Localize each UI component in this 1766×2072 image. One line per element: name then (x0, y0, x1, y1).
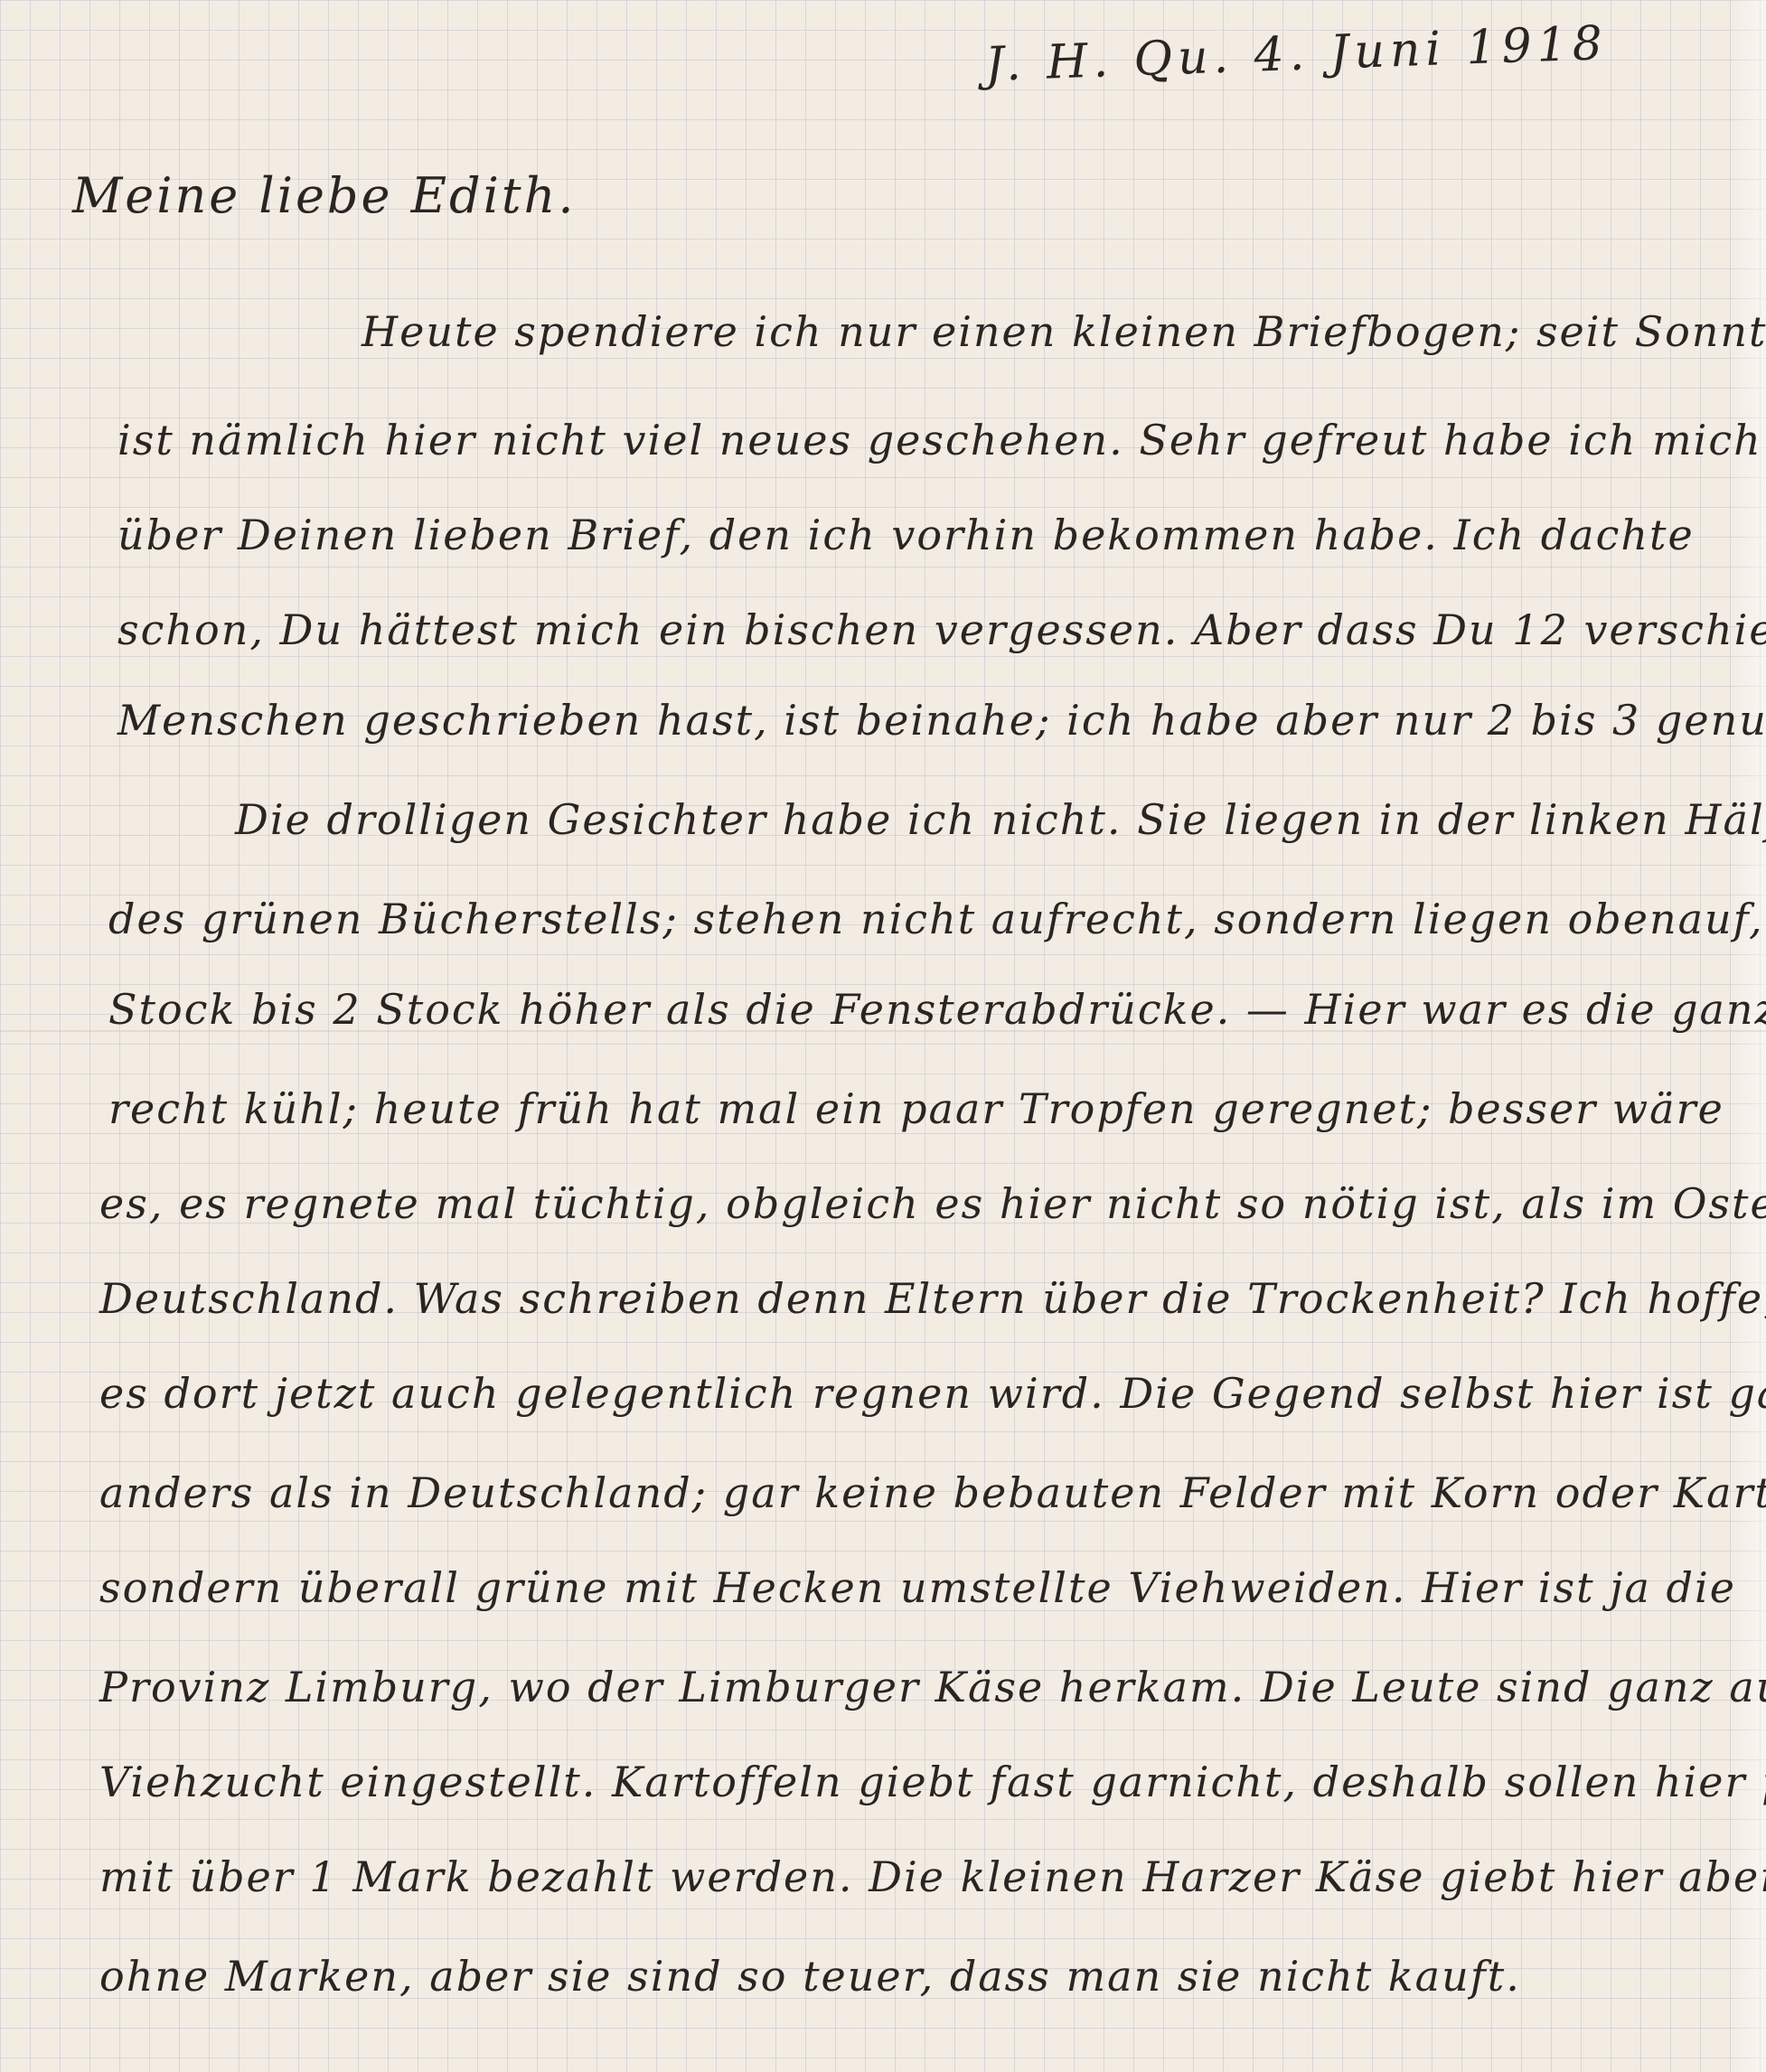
letter-line-10: es, es regnete mal tüchtig, obgleich es … (99, 1179, 1766, 1228)
letter-line-18: ohne Marken, aber sie sind so teuer, das… (99, 1952, 1521, 2001)
letter-line-3: über Deinen lieben Brief, den ich vorhin… (117, 511, 1695, 559)
letter-line-6: Die drolligen Gesichter habe ich nicht. … (235, 795, 1766, 844)
letter-line-7: des grünen Bücherstells; stehen nicht au… (108, 895, 1766, 943)
letter-line-1: Heute spendiere ich nur einen kleinen Br… (362, 307, 1766, 356)
letter-line-13: anders als in Deutschland; gar keine beb… (99, 1468, 1766, 1517)
letter-salutation: Meine liebe Edith. (72, 167, 577, 224)
letter-line-14: sondern überall grüne mit Hecken umstell… (99, 1563, 1736, 1612)
letter-line-8: Stock bis 2 Stock höher als die Fenstera… (108, 985, 1766, 1034)
letter-line-2: ist nämlich hier nicht viel neues gesche… (117, 416, 1762, 464)
letter-line-15: Provinz Limburg, wo der Limburger Käse h… (99, 1663, 1766, 1711)
letter-date: J. H. Qu. 4. Juni 1918 (984, 16, 1609, 92)
letter-line-16: Viehzucht eingestellt. Kartoffeln giebt … (99, 1758, 1766, 1806)
letter-line-11: Deutschland. Was schreiben denn Eltern ü… (99, 1274, 1766, 1323)
letter-line-9: recht kühl; heute früh hat mal ein paar … (108, 1084, 1724, 1133)
letter-line-4: schon, Du hättest mich ein bischen verge… (117, 605, 1766, 654)
letter-line-5: Menschen geschrieben hast, ist beinahe; … (117, 696, 1766, 745)
letter-line-12: es dort jetzt auch gelegentlich regnen w… (99, 1369, 1766, 1418)
handwritten-letter-page: J. H. Qu. 4. Juni 1918 Meine liebe Edith… (0, 0, 1766, 2072)
letter-line-17: mit über 1 Mark bezahlt werden. Die klei… (99, 1852, 1766, 1901)
